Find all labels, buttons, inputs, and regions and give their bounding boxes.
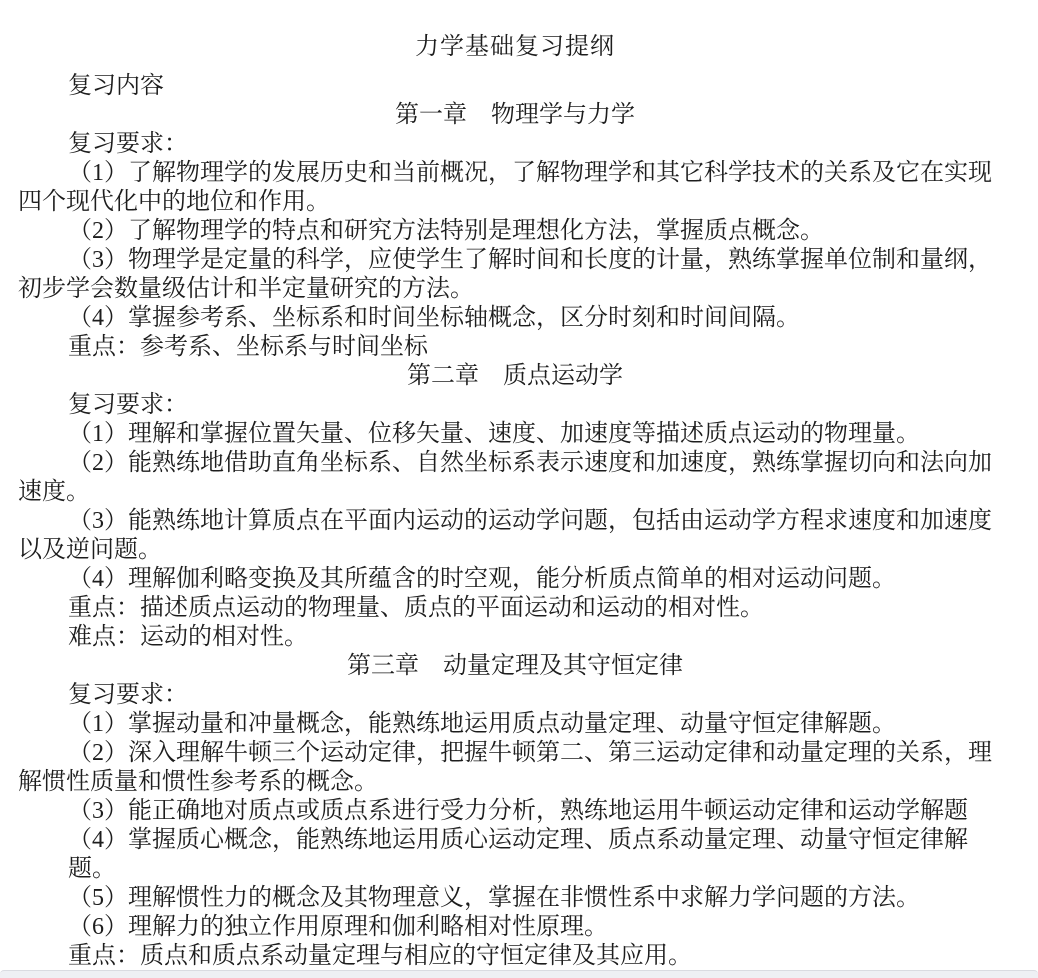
doc-line: 重点：参考系、坐标系与时间坐标 bbox=[18, 333, 1012, 362]
doc-line: （4）理解伽利略变换及其所蕴含的时空观，能分析质点简单的相对运动问题。 bbox=[18, 565, 1012, 594]
doc-line: （6）理解力的独立作用原理和伽利略相对性原理。 bbox=[18, 913, 1012, 942]
chapter-heading: 第三章 动量定理及其守恒定律 bbox=[18, 652, 1012, 681]
doc-line: （3）能熟练地计算质点在平面内运动的运动学问题，包括由运动学方程求速度和加速度 bbox=[18, 507, 1012, 536]
doc-title: 力学基础复习提纲 bbox=[18, 33, 1012, 62]
doc-line: 速度。 bbox=[18, 478, 1012, 507]
doc-line: （3）能正确地对质点或质点系进行受力分析，熟练地运用牛顿运动定律和运动学解题 bbox=[18, 797, 1012, 826]
doc-line: （1）掌握动量和冲量概念，能熟练地运用质点动量定理、动量守恒定律解题。 bbox=[18, 710, 1012, 739]
doc-line: 重点：描述质点运动的物理量、质点的平面运动和运动的相对性。 bbox=[18, 594, 1012, 623]
doc-line: 复习要求： bbox=[18, 681, 1012, 710]
document-body: 力学基础复习提纲复习内容第一章 物理学与力学复习要求：（1）了解物理学的发展历史… bbox=[18, 33, 1012, 971]
doc-line: 题。 bbox=[18, 855, 1012, 884]
doc-line: 复习要求： bbox=[18, 391, 1012, 420]
doc-line: 解惯性质量和惯性参考系的概念。 bbox=[18, 768, 1012, 797]
doc-line: 难点：运动的相对性。 bbox=[18, 623, 1012, 652]
chapter-heading: 第一章 物理学与力学 bbox=[18, 101, 1012, 130]
doc-line: 复习内容 bbox=[18, 72, 1012, 101]
doc-line: 以及逆问题。 bbox=[18, 536, 1012, 565]
doc-line: （1）了解物理学的发展历史和当前概况，了解物理学和其它科学技术的关系及它在实现 bbox=[18, 159, 1012, 188]
doc-line: 四个现代化中的地位和作用。 bbox=[18, 188, 1012, 217]
doc-line: （4）掌握参考系、坐标系和时间坐标轴概念，区分时刻和时间间隔。 bbox=[18, 304, 1012, 333]
doc-line: （2）能熟练地借助直角坐标系、自然坐标系表示速度和加速度，熟练掌握切向和法向加 bbox=[18, 449, 1012, 478]
doc-line: 重点：质点和质点系动量定理与相应的守恒定律及其应用。 bbox=[18, 942, 1012, 971]
chapter-heading: 第二章 质点运动学 bbox=[18, 362, 1012, 391]
document-page: 力学基础复习提纲复习内容第一章 物理学与力学复习要求：（1）了解物理学的发展历史… bbox=[0, 0, 1038, 971]
bottom-window-edge-bar bbox=[0, 970, 1038, 978]
doc-line: （3）物理学是定量的科学，应使学生了解时间和长度的计量，熟练掌握单位制和量纲， bbox=[18, 246, 1012, 275]
doc-line: （2）深入理解牛顿三个运动定律，把握牛顿第二、第三运动定律和动量定理的关系，理 bbox=[18, 739, 1012, 768]
doc-line: 复习要求： bbox=[18, 130, 1012, 159]
doc-line: （5）理解惯性力的概念及其物理意义，掌握在非惯性系中求解力学问题的方法。 bbox=[18, 884, 1012, 913]
doc-line: （2）了解物理学的特点和研究方法特别是理想化方法，掌握质点概念。 bbox=[18, 217, 1012, 246]
doc-line: 初步学会数量级估计和半定量研究的方法。 bbox=[18, 275, 1012, 304]
doc-line: （4）掌握质心概念，能熟练地运用质心运动定理、质点系动量定理、动量守恒定律解 bbox=[18, 826, 1012, 855]
doc-line: （1）理解和掌握位置矢量、位移矢量、速度、加速度等描述质点运动的物理量。 bbox=[18, 420, 1012, 449]
